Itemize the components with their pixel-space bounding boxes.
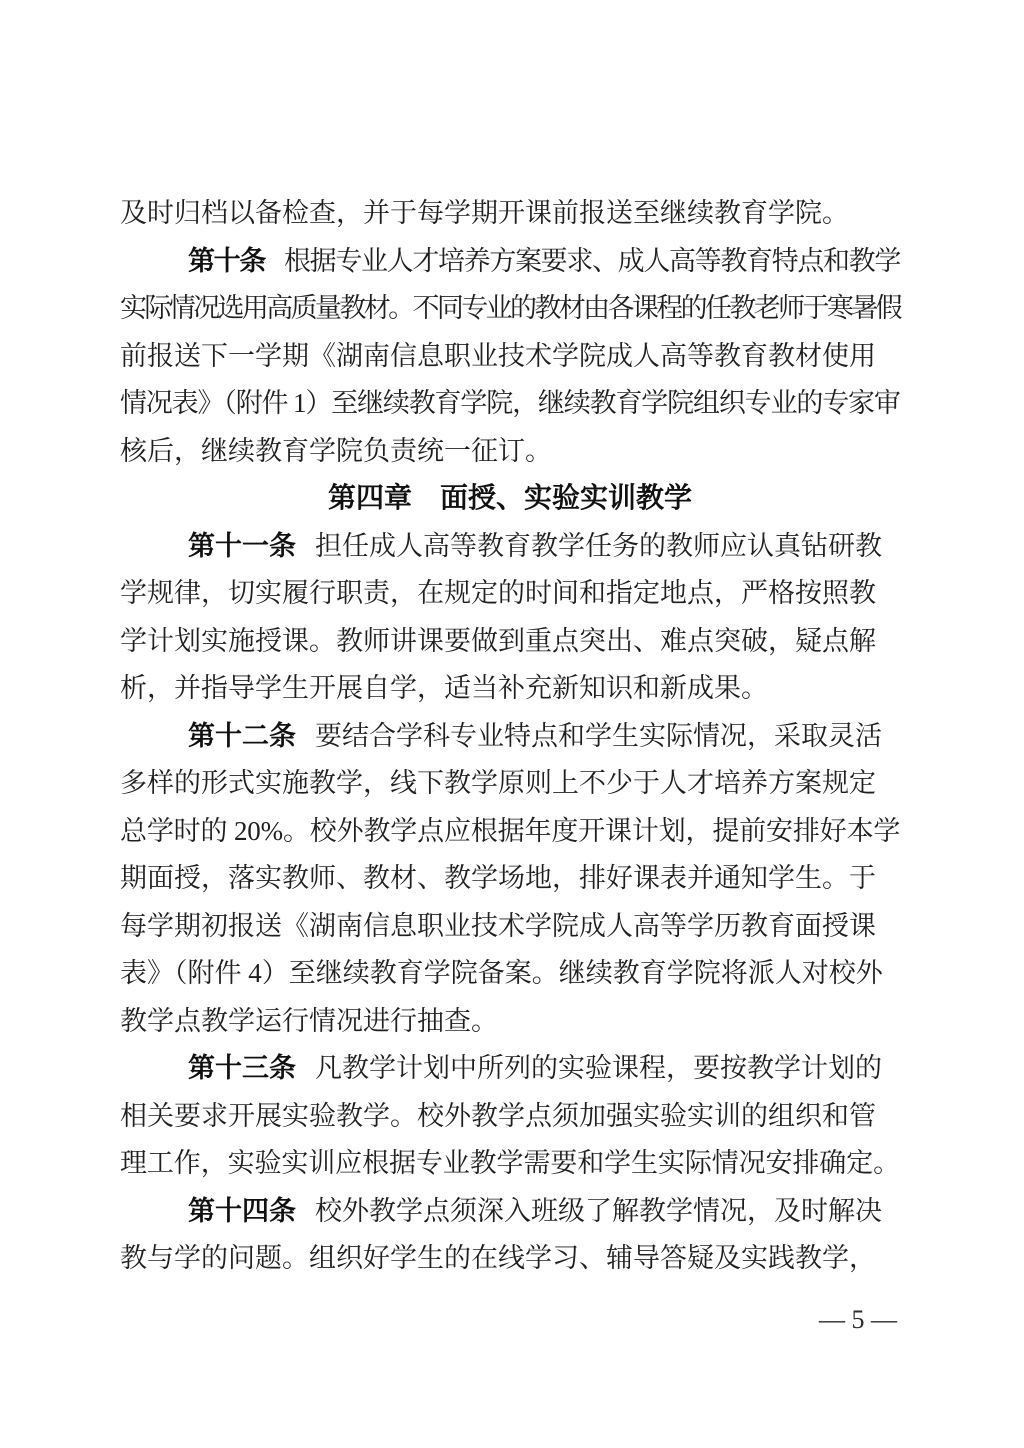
text-line: 前报送下一学期《湖南信息职业技术学院成人高等教育教材使用 [120, 333, 900, 381]
text-line: 期面授，落实教师、教材、教学场地，排好课表并通知学生。于 [120, 855, 900, 903]
line-text: 校外教学点须深入班级了解教学情况，及时解决 [315, 1196, 882, 1226]
text-line: 相关要求开展实验教学。校外教学点须加强实验实训的组织和管 [120, 1093, 900, 1141]
text-line: 情况表》（附件 1）至继续教育学院，继续教育学院组织专业的专家审 [120, 380, 900, 428]
text-line: 及时归档以备检查，并于每学期开课前报送至继续教育学院。 [120, 190, 900, 238]
text-line: 实际情况选用高质量教材。不同专业的教材由各课程的任教老师于寒暑假 [120, 285, 900, 333]
line-text: 根据专业人才培养方案要求、成人高等教育特点和教学 [284, 246, 900, 276]
clause-number: 第十二条 [188, 721, 296, 751]
text-line: 第十四条校外教学点须深入班级了解教学情况，及时解决 [120, 1188, 900, 1236]
line-text: 凡教学计划中所列的实验课程，要按教学计划的 [315, 1053, 882, 1083]
text-line: 教与学的问题。组织好学生的在线学习、辅导答疑及实践教学， [120, 1235, 900, 1283]
text-line: 理工作，实验实训应根据专业教学需要和学生实际情况安排确定。 [120, 1140, 900, 1188]
text-line: 核后，继续教育学院负责统一征订。 [120, 428, 900, 476]
text-line: 第十条根据专业人才培养方案要求、成人高等教育特点和教学 [120, 238, 900, 286]
text-line: 多样的形式实施教学，线下教学原则上不少于人才培养方案规定 [120, 760, 900, 808]
text-line: 学计划实施授课。教师讲课要做到重点突出、难点突破，疑点解 [120, 618, 900, 666]
page-number: — 5 — [819, 1305, 897, 1334]
text-line: 第十三条凡教学计划中所列的实验课程，要按教学计划的 [120, 1045, 900, 1093]
document-page: 及时归档以备检查，并于每学期开课前报送至继续教育学院。 第十条根据专业人才培养方… [0, 0, 1024, 1448]
text-line: 析，并指导学生开展自学，适当补充新知识和新成果。 [120, 665, 900, 713]
page-footer: — 5 — [819, 1299, 897, 1341]
document-body: 及时归档以备检查，并于每学期开课前报送至继续教育学院。 第十条根据专业人才培养方… [120, 190, 900, 1283]
text-line: 第十一条担任成人高等教育教学任务的教师应认真钻研教 [120, 523, 900, 571]
line-text: 担任成人高等教育教学任务的教师应认真钻研教 [315, 531, 882, 561]
text-line: 学规律，切实履行职责，在规定的时间和指定地点，严格按照教 [120, 570, 900, 618]
clause-number: 第十三条 [188, 1053, 296, 1083]
clause-number: 第十条 [188, 246, 265, 276]
text-line: 每学期初报送《湖南信息职业技术学院成人高等学历教育面授课 [120, 903, 900, 951]
text-line: 教学点教学运行情况进行抽查。 [120, 998, 900, 1046]
chapter-heading: 第四章 面授、实验实训教学 [120, 475, 900, 523]
text-line: 表》（附件 4）至继续教育学院备案。继续教育学院将派人对校外 [120, 950, 900, 998]
text-line: 第十二条要结合学科专业特点和学生实际情况，采取灵活 [120, 713, 900, 761]
text-line: 总学时的 20%。校外教学点应根据年度开课计划，提前安排好本学 [120, 808, 900, 856]
clause-number: 第十一条 [188, 531, 296, 561]
clause-number: 第十四条 [188, 1196, 296, 1226]
line-text: 要结合学科专业特点和学生实际情况，采取灵活 [315, 721, 882, 751]
